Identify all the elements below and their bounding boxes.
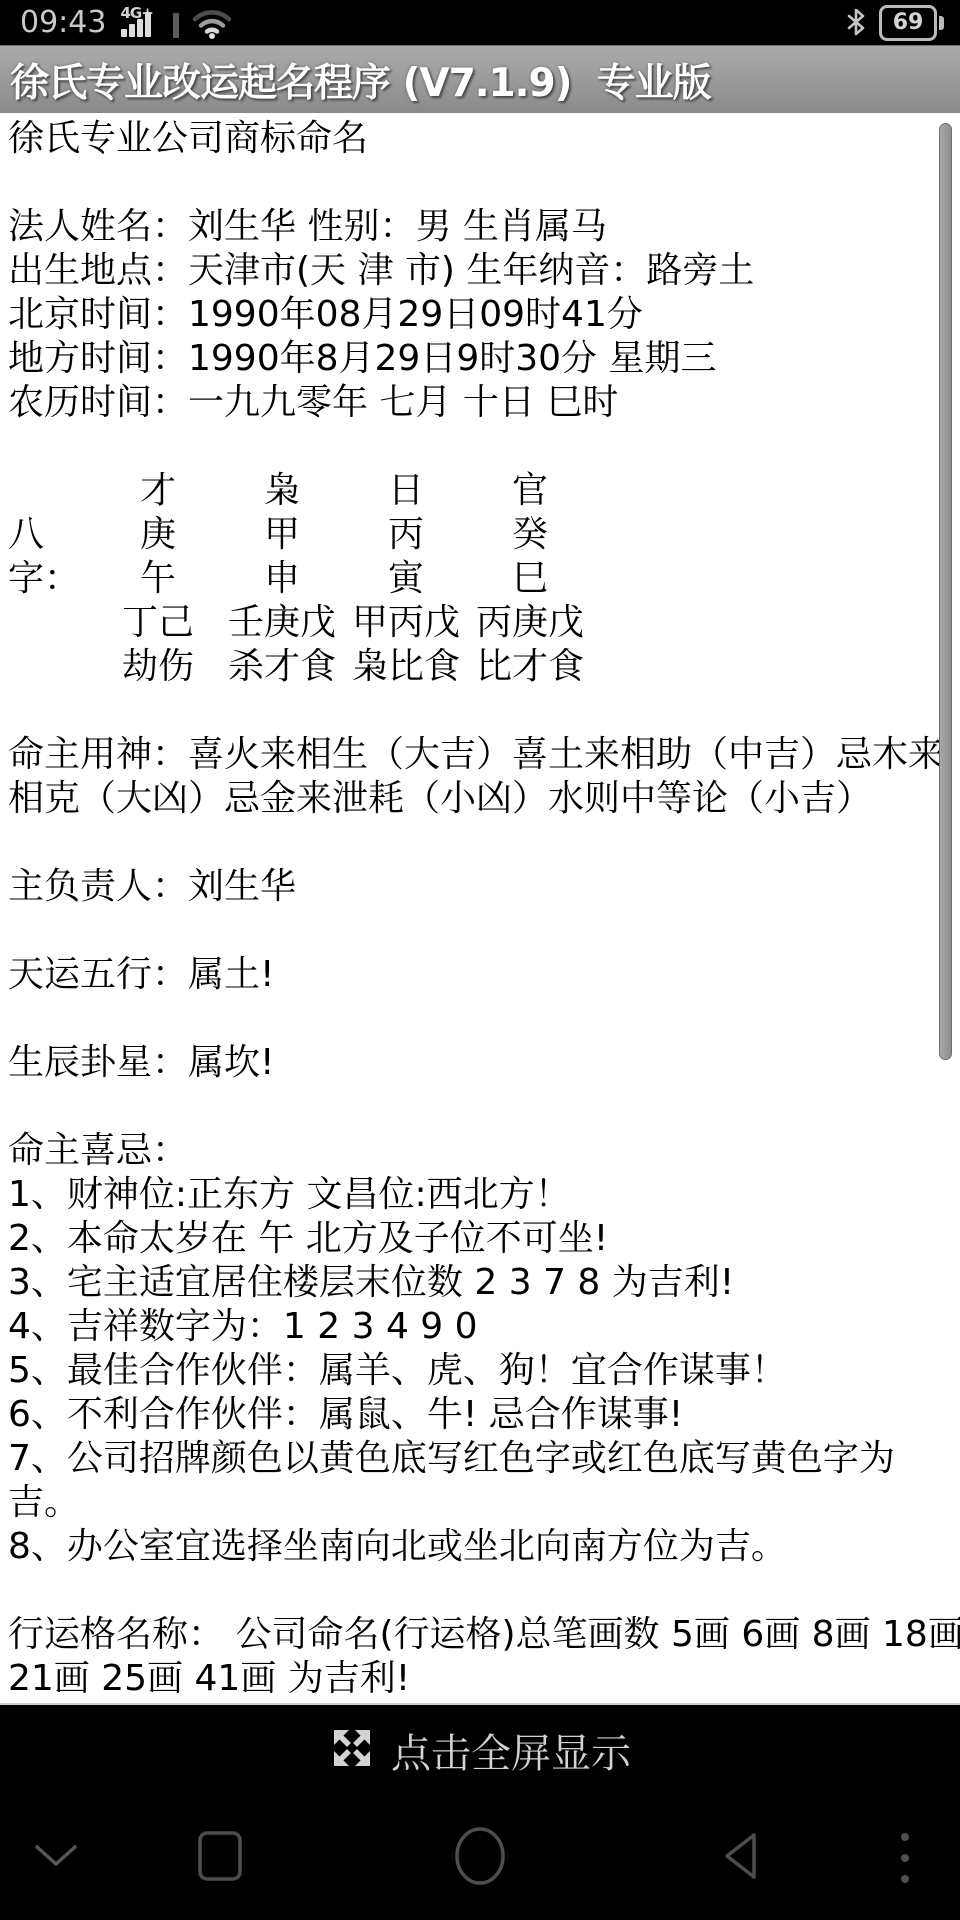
report-content: 徐氏专业公司商标命名 法人姓名：刘生华 性别：男 生肖属马 出生地点：天津市(天…: [0, 113, 960, 1705]
bazi-cell: 寅: [344, 557, 468, 601]
chevron-down-icon: [32, 1842, 80, 1874]
report-heading: 徐氏专业公司商标命名: [8, 117, 960, 161]
signal-bars-icon: [121, 12, 151, 37]
bazi-row-tiangan: 八字： 庚 甲 丙 癸: [8, 513, 960, 557]
bazi-cell: 丁己: [96, 601, 220, 645]
xiji-item: 8、办公室宜选择坐南向北或坐北向南方位为吉。: [8, 1525, 960, 1569]
bazi-cell: 日: [344, 469, 468, 513]
battery-icon: 69: [879, 5, 944, 41]
battery-percent: 69: [893, 10, 924, 35]
xiji-heading: 命主喜忌：: [8, 1129, 960, 1173]
app-title-bar: 徐氏专业改运起名程序 (V7.1.9) 专业版: [0, 45, 960, 113]
bazi-cell: 杀才食: [220, 645, 344, 689]
bazi-cell: 丙庚戊: [468, 601, 592, 645]
tianyun-line: 天运五行：属土!: [8, 953, 960, 997]
bazi-cell: 才: [96, 469, 220, 513]
bazi-cell: 壬庚戊: [220, 601, 344, 645]
hide-navbar-button[interactable]: [26, 1795, 86, 1920]
xiji-item: 吉。: [8, 1481, 960, 1525]
xiji-item: 4、吉祥数字为：1 2 3 4 9 0: [8, 1305, 960, 1349]
bazi-cell: 枭比食: [344, 645, 468, 689]
android-screen: { "status_bar": { "time": "09:43", "netw…: [0, 0, 960, 1920]
bazi-cell: 癸: [468, 513, 592, 557]
bazi-row-shishen: 才 枭 日 官: [8, 469, 960, 513]
responsible-person-line: 主负责人：刘生华: [8, 865, 960, 909]
xiji-item: 2、本命太岁在 午 北方及子位不可坐!: [8, 1217, 960, 1261]
home-button[interactable]: [440, 1795, 520, 1920]
wifi-icon: [191, 7, 233, 43]
bazi-cell: 比才食: [468, 645, 592, 689]
bazi-table: 才 枭 日 官 八字： 庚 甲 丙 癸 午 申 寅 巳 丁己 壬庚戊 甲丙戊 丙…: [8, 469, 960, 689]
bazi-cell: 丙: [344, 513, 468, 557]
bluetooth-icon: [845, 7, 867, 41]
info-line-local-time: 地方时间：1990年8月29日9时30分 星期三: [8, 337, 960, 381]
bazi-cell: 巳: [468, 557, 592, 601]
bazi-row-cangshen: 劫伤 杀才食 枭比食 比才食: [8, 645, 960, 689]
info-line-lunar-time: 农历时间：一九九零年 七月 十日 巳时: [8, 381, 960, 425]
menu-button[interactable]: [880, 1795, 930, 1920]
xingyun-line: 21画 25画 41画 为吉利!: [8, 1657, 960, 1701]
info-line-beijing-time: 北京时间：1990年08月29日09时41分: [8, 293, 960, 337]
bazi-row-dizhi: 午 申 寅 巳: [8, 557, 960, 601]
xiji-item: 1、财神位:正东方 文昌位:西北方！: [8, 1173, 960, 1217]
xiji-item: 3、宅主适宜居住楼层末位数 2 3 7 8 为吉利!: [8, 1261, 960, 1305]
fullscreen-toggle-bar[interactable]: 点击全屏显示: [0, 1703, 960, 1795]
bazi-cell: 劫伤: [96, 645, 220, 689]
home-circle-icon: [452, 1825, 508, 1891]
bazi-cell: 庚: [96, 513, 220, 557]
shengchen-line: 生辰卦星：属坎!: [8, 1041, 960, 1085]
recents-square-icon: [197, 1830, 243, 1886]
xingyun-line: 行运格名称： 公司命名(行运格)总笔画数 5画 6画 8画 18画: [8, 1613, 960, 1657]
sim2-signal-icon: [173, 13, 179, 38]
bazi-cell: 甲: [220, 513, 344, 557]
fullscreen-toggle-label: 点击全屏显示: [391, 1722, 631, 1779]
info-line-legal-name: 法人姓名：刘生华 性别：男 生肖属马: [8, 205, 960, 249]
fullscreen-expand-icon: [329, 1725, 375, 1775]
clock-text: 09:43: [20, 5, 106, 40]
bazi-cell: 官: [468, 469, 592, 513]
bazi-cell: 午: [96, 557, 220, 601]
scrollbar-thumb[interactable]: [939, 123, 952, 1060]
xiji-item: 5、最佳合作伙伴：属羊、虎、狗！宜合作谋事！: [8, 1349, 960, 1393]
bazi-label: 八字：: [8, 513, 96, 557]
cellular-signal-icon: 4G+: [120, 6, 168, 40]
bazi-row-canggan: 丁己 壬庚戊 甲丙戊 丙庚戊: [8, 601, 960, 645]
back-button[interactable]: [705, 1795, 775, 1920]
app-title: 徐氏专业改运起名程序 (V7.1.9) 专业版: [10, 52, 711, 108]
back-triangle-icon: [718, 1828, 762, 1888]
xiji-item: 6、不利合作伙伴：属鼠、牛! 忌合作谋事!: [8, 1393, 960, 1437]
yongshen-line: 相克（大凶）忌金来泄耗（小凶）水则中等论（小吉）: [8, 777, 960, 821]
xiji-item: 7、公司招牌颜色以黄色底写红色字或红色底写黄色字为: [8, 1437, 960, 1481]
android-nav-bar: [0, 1795, 960, 1920]
status-bar: 09:43 4G+ 69: [0, 0, 960, 45]
bazi-cell: 甲丙戊: [344, 601, 468, 645]
bazi-cell: 申: [220, 557, 344, 601]
info-line-birthplace: 出生地点：天津市(天 津 市) 生年纳音：路旁土: [8, 249, 960, 293]
bazi-cell: 枭: [220, 469, 344, 513]
yongshen-line: 命主用神：喜火来相生（大吉）喜土来相助（中吉）忌木来: [8, 733, 960, 777]
menu-dots-icon: [901, 1833, 909, 1841]
recent-apps-button[interactable]: [185, 1795, 255, 1920]
